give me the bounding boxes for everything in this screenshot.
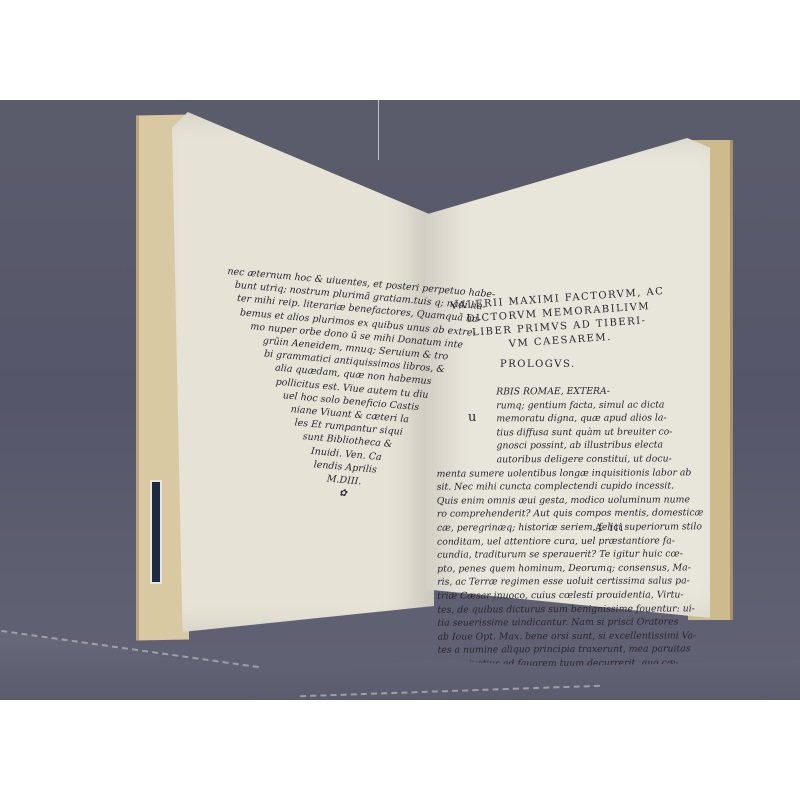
section-title: PROLOGVS.: [500, 358, 576, 371]
text-line: RBIS ROMAE, EXTERA-: [436, 384, 703, 399]
inserted-card: [150, 480, 162, 584]
text-line: menta sumere uolentibus longæ inquisitio…: [437, 466, 704, 481]
page-signature: A iii: [595, 523, 625, 534]
text-line: tia seuerissime uindicantur. Nam si pris…: [437, 615, 704, 630]
bookmark-string: [378, 100, 379, 160]
text-line: triæ Cæsar inuoco, cuius cœlesti prouide…: [437, 588, 704, 603]
right-page-text: RBIS ROMAE, EXTERA- rumq; gentium facta,…: [436, 384, 704, 698]
text-line: Quis enim omnis æui gesta, modico uolumi…: [437, 493, 704, 508]
text-line: autoribus deligere constitui, ut docu-: [437, 452, 704, 467]
text-line: pto, penes quem hominum, Deorumq; consen…: [437, 561, 704, 576]
text-line: memoratu digna, quæ apud alios la-: [436, 411, 703, 426]
photo-scene: nec æternum hoc & uiuentes, et posteri p…: [0, 100, 800, 700]
text-line: rumq; gentium facta, simul ac dicta: [436, 398, 703, 413]
text-line: cæ, peregrinæq; historiæ seriem, felici …: [437, 520, 704, 535]
text-line: tius diffusa sunt quàm ut breuiter co-: [436, 425, 703, 440]
text-line: ab Ioue Opt. Max. bene orsi sunt, si exc…: [437, 629, 704, 644]
text-line: cundia, traditurum se sperauerit? Te igi…: [437, 547, 704, 562]
text-line: tes, de quibus dicturus sum benignissime…: [437, 602, 704, 617]
text-line: conditam, uel attentiore cura, uel præst…: [437, 534, 704, 549]
text-line: sit. Nec mihi cuncta complectendi cupido…: [437, 479, 704, 494]
text-line: ris, ac Terræ regimen esse uoluit certis…: [437, 575, 704, 590]
text-line: tes a numine aliquo principia traxerunt,…: [438, 643, 705, 658]
text-line: gnosci possint, ab illustribus electa: [436, 439, 703, 454]
text-line: ro comprehenderit? Aut quis compos menti…: [437, 507, 704, 522]
